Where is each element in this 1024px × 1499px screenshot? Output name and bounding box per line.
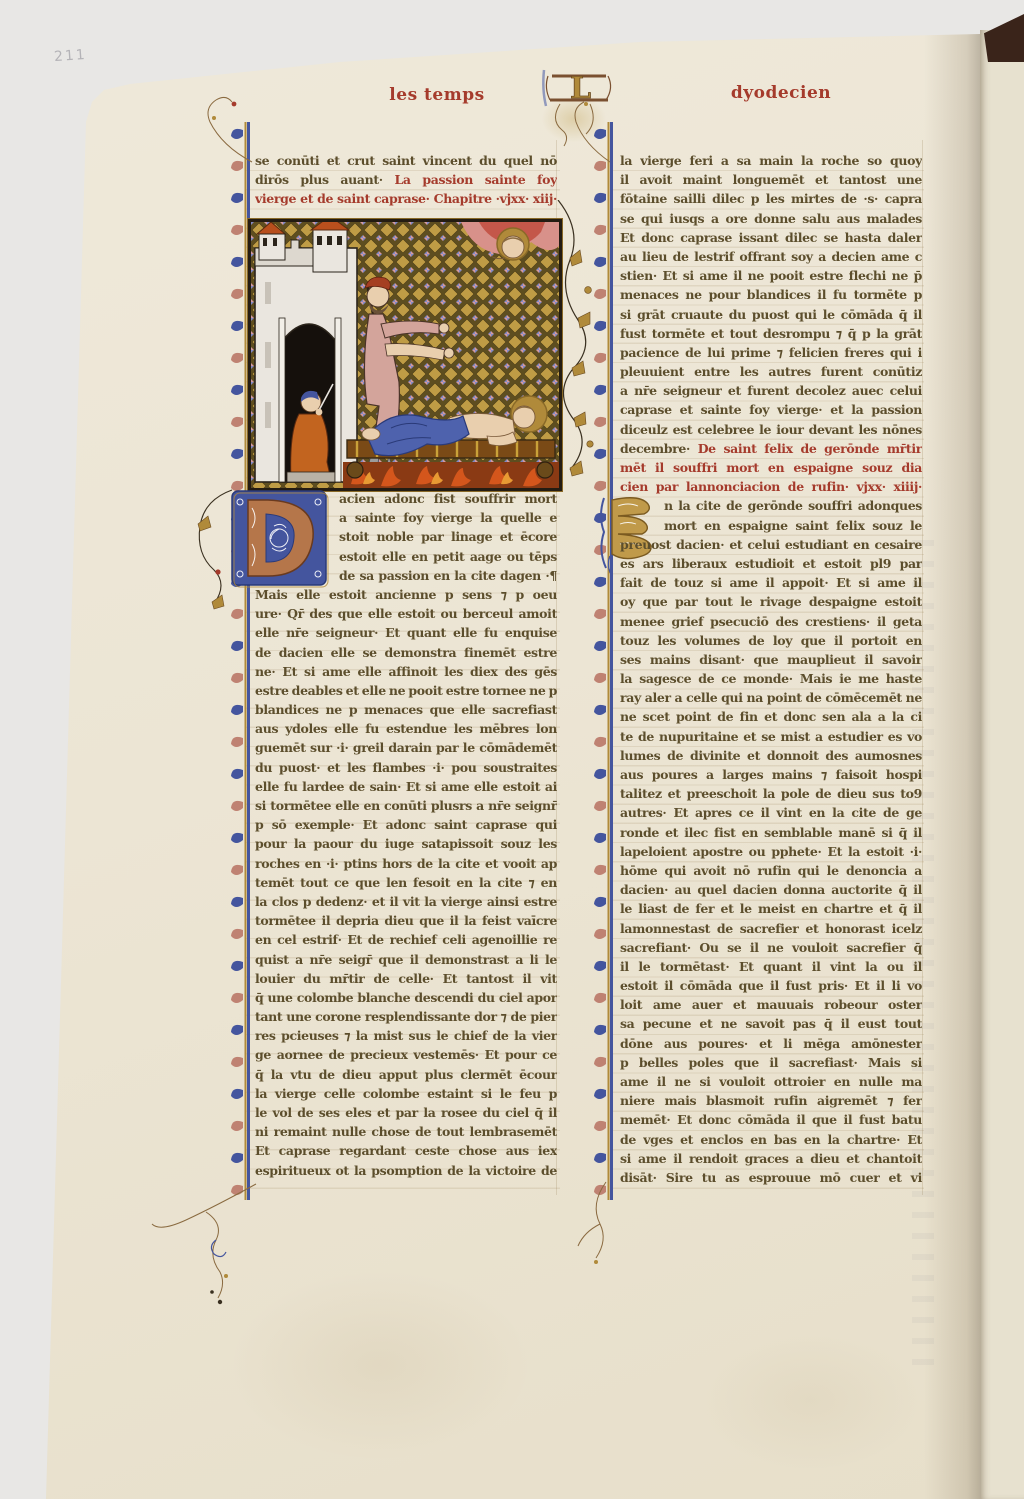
body-text: dirōs plus auant·	[255, 172, 394, 187]
body-text: se conūti et crut saint vincent du quel …	[255, 153, 557, 168]
body-text: blandices ne p menaces que elle sacrefia…	[255, 702, 557, 717]
body-text: diceulz est celebree le iour devant les …	[620, 422, 922, 437]
text-line: la vierge feri a sa main la roche so quo…	[620, 151, 922, 170]
text-line: diceulz est celebree le iour devant les …	[620, 420, 922, 439]
body-text: tant une corone resplendissante dor ⁊ de…	[255, 1009, 557, 1024]
body-text: Et donc caprase issant dilec se hasta da…	[620, 230, 922, 245]
text-line: ne· Et si ame elle affinoit les diex des…	[255, 662, 557, 681]
text-line: ray aler a celle qui na point de cōmēcem…	[620, 688, 922, 707]
body-text: temēt tout ce que len fesoit en la cite …	[255, 875, 557, 890]
miniature-martyrdom-scene	[248, 219, 562, 491]
body-text: sa pecune et ne savoit pas q̄ il eust to…	[620, 1016, 922, 1031]
body-text: il le tormētast· Et quant il vint la ou …	[620, 959, 922, 974]
body-text: au lieu de lestrif offrant soy a decien …	[620, 249, 922, 264]
body-text: aus poures a larges mains ⁊ faisoit hosp…	[620, 767, 922, 782]
text-line: mēt il souffri mort en espaigne souz dia	[620, 458, 922, 477]
text-line: espiritueux ot la psomption de la victoi…	[255, 1161, 557, 1180]
text-line: aus ydoles elle fu estendue les mēbres l…	[255, 719, 557, 738]
body-text: n la cite de gerōnde souffri adonques	[664, 498, 922, 513]
body-text: mort en espaigne saint felix souz le	[664, 518, 922, 533]
body-text: niere mais blasmoit rufin aigremēt ⁊ fer	[620, 1093, 922, 1108]
text-line: ronde et ilec fist en semblable manē si …	[620, 823, 922, 842]
column-rule	[922, 140, 923, 1195]
penwork-tail-right	[556, 1180, 636, 1280]
body-text: si grāt cruaute du puost qui le cōmāda q…	[620, 307, 922, 322]
running-title-right: dyodecien	[706, 83, 856, 103]
text-line: n la cite de gerōnde souffri adonques	[620, 496, 922, 515]
text-line: a sainte foy vierge la quelle e	[255, 508, 557, 527]
text-line: de dacien elle se demonstra finemēt estr…	[255, 643, 557, 662]
text-line: si tormētee elle en conūti plusrs a nr̄e…	[255, 796, 557, 815]
text-line: roches en ·i· ptins hors de la cite et v…	[255, 854, 557, 873]
body-text: ame il ne si vouloit ottroier en nulle m…	[620, 1074, 922, 1089]
text-line: sa pecune et ne savoit pas q̄ il eust to…	[620, 1014, 922, 1033]
text-line: sacrefiant· Ou se il ne vouloit sacrefie…	[620, 938, 922, 957]
gutter-shading	[924, 34, 981, 1499]
text-line: dacien· au quel dacien donna auctorite q…	[620, 880, 922, 899]
body-text: se qui iusqs a ore donne salu aus malade…	[620, 211, 922, 226]
body-text: ure· Qr̄ des que elle estoit ou berceul …	[255, 606, 557, 621]
text-line: en cel estrif· Et de rechief celi agenoi…	[255, 930, 557, 949]
next-page-edge	[980, 30, 1024, 1499]
body-text: roches en ·i· ptins hors de la cite et v…	[255, 856, 557, 871]
body-text: oy que par tout le rivage despaigne esto…	[620, 594, 922, 609]
body-text: la clos p dedenz· et il vit la vierge ai…	[255, 894, 557, 909]
parchment-stain	[700, 1330, 920, 1470]
running-title-left: les temps	[362, 85, 512, 105]
text-line: fait de touz si ame il appoit· Et si ame…	[620, 573, 922, 592]
text-line: niere mais blasmoit rufin aigremēt ⁊ fer	[620, 1091, 922, 1110]
body-text: ray aler a celle qui na point de cōmēcem…	[620, 690, 922, 705]
text-line: louier du mr̄tir de celle· Et tantost il…	[255, 969, 557, 988]
body-text: decembre·	[620, 441, 698, 456]
body-text: la sagesce de ce monde· Mais ie me haste	[620, 671, 922, 686]
text-line: talitez et preeschoit la pole de dieu su…	[620, 784, 922, 803]
text-line: menaces ne pour blandices il fu tormēte …	[620, 285, 922, 304]
body-text: acien adonc fist souffrir mort	[339, 491, 557, 506]
text-line: res pcieuses ⁊ la mist sus le chief de l…	[255, 1026, 557, 1045]
body-text: le vol de ses eles et par la rosee du ci…	[255, 1105, 557, 1120]
body-text: q̄ la vtu de dieu apput plus clermēt ēco…	[255, 1067, 557, 1082]
text-line: si ame il rendoit graces a dieu et chant…	[620, 1149, 922, 1168]
body-text: louier du mr̄tir de celle· Et tantost il…	[255, 971, 557, 986]
body-text: preuost dacien· et celui estudiant en ce…	[620, 537, 922, 552]
rubric-text: cien par lannonciacion de rufin· vjxx· x…	[620, 479, 922, 494]
body-text: estoit elle en petit aage ou tēps	[339, 549, 557, 564]
body-text: hōme qui avoit nō rufin qui le denoncia …	[620, 863, 922, 878]
body-text: lumes de divinite et donnoit des aumosne…	[620, 748, 922, 763]
text-line: ne scet point de fin et donc sen ala a l…	[620, 707, 922, 726]
body-text: q̄ une colombe blanche descendi du ciel …	[255, 990, 557, 1005]
text-line: blandices ne p menaces que elle sacrefia…	[255, 700, 557, 719]
body-text: pacience de lui prime ⁊ felicien freres …	[620, 345, 922, 360]
penwork-flourish-top-left	[192, 92, 256, 166]
text-line: caprase et sainte foy vierge· et la pass…	[620, 400, 922, 419]
penwork-flourish-top-right	[556, 92, 616, 166]
text-line: quist a nr̄e seigr̄ que il demonstrast a…	[255, 950, 557, 969]
text-line: tormētee il depria dieu que il la feist …	[255, 911, 557, 930]
body-text: en cel estrif· Et de rechief celi agenoi…	[255, 932, 557, 947]
text-line: p sō exemple· Et adonc saint caprase qui	[255, 815, 557, 834]
text-line: preuost dacien· et celui estudiant en ce…	[620, 535, 922, 554]
text-line: pleuuient entre les autres furent conūti…	[620, 362, 922, 381]
text-line: acien adonc fist souffrir mort	[255, 489, 557, 508]
text-line: loit ame auer et mauuais robeour oster	[620, 995, 922, 1014]
text-line: p belles poles que il sacrefiast· Mais s…	[620, 1053, 922, 1072]
body-text: a nr̄e seigneur et furent decolez auec c…	[620, 383, 922, 398]
left-column-intro: se conūti et crut saint vincent du quel …	[255, 151, 557, 209]
text-line: se qui iusqs a ore donne salu aus malade…	[620, 209, 922, 228]
body-text: pour la paour du iuge satapissoit souz l…	[255, 836, 557, 851]
left-column-body: acien adonc fist souffrir morta sainte f…	[255, 489, 557, 1180]
manuscript-page: les temps dyodecien L	[0, 0, 1024, 1499]
body-text: espiritueux ot la psomption de la victoi…	[255, 1163, 557, 1178]
text-line: touz les volumes de loy que il portoit e…	[620, 631, 922, 650]
text-line: si grāt cruaute du puost qui le cōmāda q…	[620, 305, 922, 324]
right-column: la vierge feri a sa main la roche so quo…	[620, 151, 922, 1187]
body-text: talitez et preeschoit la pole de dieu su…	[620, 786, 922, 801]
body-text: Et caprase regardant ceste chose aus iex	[255, 1143, 557, 1158]
folio-number: 211	[53, 47, 87, 65]
body-text: il avoit maint longuemēt et tantost une	[620, 172, 922, 187]
body-text: stien· Et si ame il ne pooit estre flech…	[620, 268, 922, 283]
text-line: dirōs plus auant· La passion sainte foy	[255, 170, 557, 189]
body-text: ne· Et si ame elle affinoit les diex des…	[255, 664, 557, 679]
body-text: quist a nr̄e seigr̄ que il demonstrast a…	[255, 952, 557, 967]
body-text: fust tormēte et tout desrompu ⁊ q̄ p la …	[620, 326, 922, 341]
rubric-text: De saint felix de gerōnde mr̄tir	[698, 441, 922, 456]
body-text: guemēt sur ·i· greil darain par le cōmād…	[255, 740, 557, 755]
text-line: estoit elle en petit aage ou tēps	[255, 547, 557, 566]
text-line: aus poures a larges mains ⁊ faisoit hosp…	[620, 765, 922, 784]
body-text: memēt· Et donc cōmāda il que il fust bat…	[620, 1112, 922, 1127]
body-text: ne scet point de fin et donc sen ala a l…	[620, 709, 922, 724]
text-line: elle nr̄e seigneur· Et quant elle fu enq…	[255, 623, 557, 642]
text-line: ge aornee de precieux vestemēs· Et pour …	[255, 1045, 557, 1064]
penwork-tail-left	[146, 1180, 276, 1320]
text-line: fōtaine sailli dilec p les mirtes de ·s·…	[620, 189, 922, 208]
text-line: ure· Qr̄ des que elle estoit ou berceul …	[255, 604, 557, 623]
body-text: tormētee il depria dieu que il la feist …	[255, 913, 557, 928]
body-text: lamonnestast de sacrefier et honorast ic…	[620, 921, 922, 936]
body-text: Mais elle estoit ancienne p sens ⁊ p oeu	[255, 587, 557, 602]
text-line: pacience de lui prime ⁊ felicien freres …	[620, 343, 922, 362]
body-text: sacrefiant· Ou se il ne vouloit sacrefie…	[620, 940, 922, 955]
body-text: touz les volumes de loy que il portoit e…	[620, 633, 922, 648]
body-text: lapeloient apostre ou pphete· Et la esto…	[620, 844, 922, 859]
text-line: ame il ne si vouloit ottroier en nulle m…	[620, 1072, 922, 1091]
body-text: dōne aus poures· et li mēga amōnester	[620, 1036, 922, 1051]
body-text: elle fu lardee de sain· Et si ame elle e…	[255, 779, 557, 794]
body-text: es ars liberaux estudioit et estoit pl9 …	[620, 556, 922, 571]
body-text: caprase et sainte foy vierge· et la pass…	[620, 402, 922, 417]
body-text: estre deables et elle ne pooit estre tor…	[255, 683, 557, 698]
body-text: la vierge celle colombe estaint si le fe…	[255, 1086, 557, 1101]
body-text: ge aornee de precieux vestemēs· Et pour …	[255, 1047, 557, 1062]
text-line: estre deables et elle ne pooit estre tor…	[255, 681, 557, 700]
text-line: vierge et de saint caprase· Chapitre ·vj…	[255, 189, 557, 208]
text-line: q̄ la vtu de dieu apput plus clermēt ēco…	[255, 1065, 557, 1084]
text-line: temēt tout ce que len fesoit en la cite …	[255, 873, 557, 892]
text-line: dōne aus poures· et li mēga amōnester	[620, 1034, 922, 1053]
body-text: de sa passion en la cite dagen ·¶	[339, 568, 557, 583]
body-text: disāt· Sire tu as esprouue mō cuer et vi	[620, 1170, 922, 1185]
text-line: fust tormēte et tout desrompu ⁊ q̄ p la …	[620, 324, 922, 343]
text-line: au lieu de lestrif offrant soy a decien …	[620, 247, 922, 266]
binding-edge	[984, 14, 1024, 62]
body-text: ni remaint nulle chose de tout lembrasem…	[255, 1124, 557, 1139]
text-line: lumes de divinite et donnoit des aumosne…	[620, 746, 922, 765]
rubric-text: vierge et de saint caprase· Chapitre ·vj…	[255, 191, 557, 206]
text-line: lapeloient apostre ou pphete· Et la esto…	[620, 842, 922, 861]
body-text: p sō exemple· Et adonc saint caprase qui	[255, 817, 557, 832]
body-text: la vierge feri a sa main la roche so quo…	[620, 153, 922, 168]
text-line: guemēt sur ·i· greil darain par le cōmād…	[255, 738, 557, 757]
rubric-text: mēt il souffri mort en espaigne souz dia	[620, 460, 922, 475]
body-text: dacien· au quel dacien donna auctorite q…	[620, 882, 922, 897]
body-text: menee grief psecuciō des crestiens· il g…	[620, 614, 922, 629]
body-text: aus ydoles elle fu estendue les mēbres l…	[255, 721, 557, 736]
body-text: de dacien elle se demonstra finemēt estr…	[255, 645, 557, 662]
text-line: es ars liberaux estudioit et estoit pl9 …	[620, 554, 922, 573]
body-text: fait de touz si ame il appoit· Et si ame…	[620, 575, 922, 590]
body-text: pleuuient entre les autres furent conūti…	[620, 364, 922, 379]
text-line: lamonnestast de sacrefier et honorast ic…	[620, 919, 922, 938]
body-text: loit ame auer et mauuais robeour oster	[620, 997, 922, 1012]
text-line: Et donc caprase issant dilec se hasta da…	[620, 228, 922, 247]
text-line: cien par lannonciacion de rufin· vjxx· x…	[620, 477, 922, 496]
body-text: te de nupuritaine et se mist a estudier …	[620, 729, 922, 744]
body-text: elle nr̄e seigneur· Et quant elle fu enq…	[255, 625, 557, 640]
text-line: a nr̄e seigneur et furent decolez auec c…	[620, 381, 922, 400]
body-text: menaces ne pour blandices il fu tormēte …	[620, 287, 922, 302]
text-line: le vol de ses eles et par la rosee du ci…	[255, 1103, 557, 1122]
body-text: du puost· et les flambes ·i· pou soustra…	[255, 760, 557, 775]
body-text: ses mains disant· que mauplieut il savoi…	[620, 652, 922, 667]
body-text: si tormētee elle en conūti plusrs a nr̄e…	[255, 798, 557, 813]
rubric-text: La passion sainte foy	[394, 172, 557, 187]
body-text: de vges et enclos en bas en la chartre· …	[620, 1132, 922, 1147]
text-line: de vges et enclos en bas en la chartre· …	[620, 1130, 922, 1149]
tower	[255, 219, 357, 482]
text-line: te de nupuritaine et se mist a estudier …	[620, 727, 922, 746]
text-line: decembre· De saint felix de gerōnde mr̄t…	[620, 439, 922, 458]
text-line: ni remaint nulle chose de tout lembrasem…	[255, 1122, 557, 1141]
body-text: si ame il rendoit graces a dieu et chant…	[620, 1151, 922, 1166]
text-line: il le tormētast· Et quant il vint la ou …	[620, 957, 922, 976]
text-line: stoit noble par linage et ēcore	[255, 527, 557, 546]
body-text: res pcieuses ⁊ la mist sus le chief de l…	[255, 1028, 557, 1043]
text-line: se conūti et crut saint vincent du quel …	[255, 151, 557, 170]
text-line: autres· Et apres ce il vint en la cite d…	[620, 803, 922, 822]
text-line: stien· Et si ame il ne pooit estre flech…	[620, 266, 922, 285]
text-line: mort en espaigne saint felix souz le	[620, 516, 922, 535]
text-line: hōme qui avoit nō rufin qui le denoncia …	[620, 861, 922, 880]
text-line: du puost· et les flambes ·i· pou soustra…	[255, 758, 557, 777]
text-line: elle fu lardee de sain· Et si ame elle e…	[255, 777, 557, 796]
body-text: p belles poles que il sacrefiast· Mais s…	[620, 1055, 922, 1070]
text-line: il avoit maint longuemēt et tantost une	[620, 170, 922, 189]
text-line: la vierge celle colombe estaint si le fe…	[255, 1084, 557, 1103]
photo-backdrop: les temps dyodecien L	[0, 0, 1024, 1499]
text-line: pour la paour du iuge satapissoit souz l…	[255, 834, 557, 853]
text-line: memēt· Et donc cōmāda il que il fust bat…	[620, 1110, 922, 1129]
text-line: q̄ une colombe blanche descendi du ciel …	[255, 988, 557, 1007]
text-line: oy que par tout le rivage despaigne esto…	[620, 592, 922, 611]
body-text: a sainte foy vierge la quelle e	[339, 510, 557, 525]
text-line: menee grief psecuciō des crestiens· il g…	[620, 612, 922, 631]
text-line: le liast de fer et le meist en chartre e…	[620, 899, 922, 918]
body-text: fōtaine sailli dilec p les mirtes de ·s·…	[620, 191, 922, 206]
text-line: ses mains disant· que mauplieut il savoi…	[620, 650, 922, 669]
text-line: de sa passion en la cite dagen ·¶	[255, 566, 557, 585]
text-line: Mais elle estoit ancienne p sens ⁊ p oeu	[255, 585, 557, 604]
body-text: stoit noble par linage et ēcore	[339, 529, 557, 544]
text-line: Et caprase regardant ceste chose aus iex	[255, 1141, 557, 1160]
body-text: le liast de fer et le meist en chartre e…	[620, 901, 922, 916]
text-line: disāt· Sire tu as esprouue mō cuer et vi	[620, 1168, 922, 1187]
text-line: la sagesce de ce monde· Mais ie me haste	[620, 669, 922, 688]
text-line: la clos p dedenz· et il vit la vierge ai…	[255, 892, 557, 911]
text-line: tant une corone resplendissante dor ⁊ de…	[255, 1007, 557, 1026]
text-line: estoit il cōmāda que il fust pris· Et il…	[620, 976, 922, 995]
body-text: estoit il cōmāda que il fust pris· Et il…	[620, 978, 922, 993]
body-text: ronde et ilec fist en semblable manē si …	[620, 825, 922, 840]
body-text: autres· Et apres ce il vint en la cite d…	[620, 805, 922, 820]
